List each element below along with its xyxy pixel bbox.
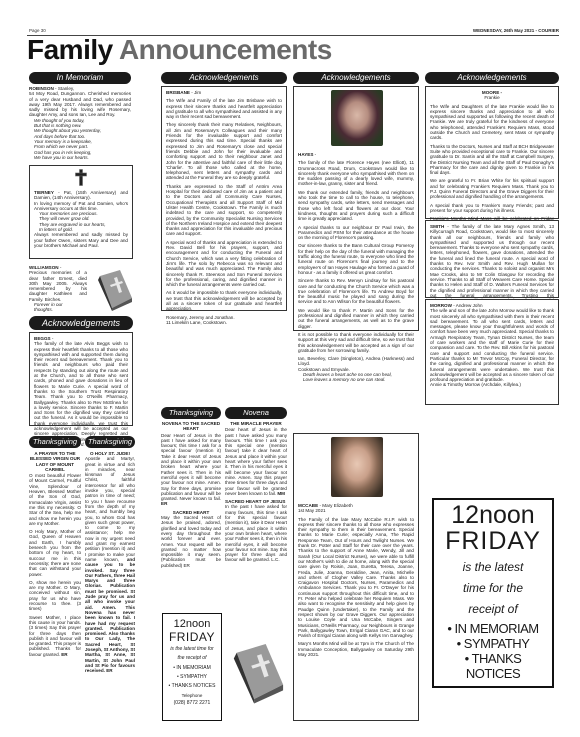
section-header-thanksgiving-2: Thanksgiving [85,436,135,448]
photo-florence-hayes [331,90,383,146]
deadline-notice-large: 12noon FRIDAY is the latest time for the… [432,498,554,688]
prayer-novena-sacred-heart: NOVENA TO THE SACRED HEART Dear Heart of… [161,421,221,568]
section-header-acknowledgements-2: Acknowledgements [161,72,287,84]
notice-tierney: TIERNEY - Pat, (15th Anniversary) and Da… [29,165,133,259]
notice-hayes: HAYES - The family of the late Florence … [293,86,419,331]
section-header-thanksgiving-3: Thanksgiving [161,407,221,419]
section-header-acknowledgements: Acknowledgements [29,316,133,330]
verse: Your memories are precious.They will nev… [34,211,128,232]
section-header-acknowledgements-4: Acknowledgements [425,72,559,84]
notice-name: MCCABE [298,503,318,508]
page-title: Family Announcements [27,34,332,66]
verse: Forever in ourthoughts. [29,302,87,313]
section-header-acknowledgements-3: Acknowledgements [293,72,419,84]
deadline-notice-small: 12noon FRIDAY is the latest time for the… [162,613,222,721]
notice-mccabe: MCCABE - Mary Elizabeth 1st May 2021 The… [293,433,419,721]
dateline: WEDNESDAY, 26th May 2021 - COURIER [473,28,559,33]
notice-moore: MOORE - Frankie The Wife and Daughters o… [425,86,559,219]
prayer-miracle: THE MIRACLE PRAYER Dear heart of Jesus i… [225,421,287,563]
notice-name: TIERNEY [34,190,54,195]
notice-name: MORROW [430,303,452,308]
notice-name: ROBINSON [29,86,54,91]
notice-name: WILLIAMSON [29,265,59,270]
notice-name: BRISBANE [166,90,190,95]
prayer-st-jude: O HOLY ST. JUDE! Apostle and Martyr, gre… [85,451,135,673]
notice-name: HAYES [298,152,313,157]
bible-icon [94,268,134,317]
notice-smith: SMITH - The family of the late Mary Agne… [425,220,559,298]
section-header-novena: Novena [225,407,287,419]
notice-brisbane: BRISBANE - Jim The Wife and Family of th… [161,86,287,311]
title-announcements: Announcements [119,34,332,65]
bible-icon-2 [228,640,286,711]
notice-name: SMITH [430,224,444,229]
notice-williamson: WILLIAMSON - Precious memories of a dear… [29,265,87,313]
notice-beggs: BEGGS - The family of the late Alvin Beg… [29,332,133,426]
page-number: Page 30 [29,28,46,33]
cross-icon [34,169,128,187]
photo-mary-mccabe [331,437,383,497]
section-header-in-memoriam: In Memoriam [29,72,131,84]
notice-robinson: ROBINSON - Stanley, 54 Moy Road, Dungann… [29,86,131,160]
title-family: Family [27,34,113,65]
verse: We thought of you today,But that is noth… [29,118,131,160]
prayer-mount-carmel: A PRAYER TO THE BLESSED VIRGIN OUR LADY … [29,451,81,660]
notice-morrow: MORROW - Andrew John The wife and son of… [425,299,559,405]
section-header-thanksgiving: Thanksgiving [29,436,81,448]
notice-name: BEGGS [34,336,51,341]
